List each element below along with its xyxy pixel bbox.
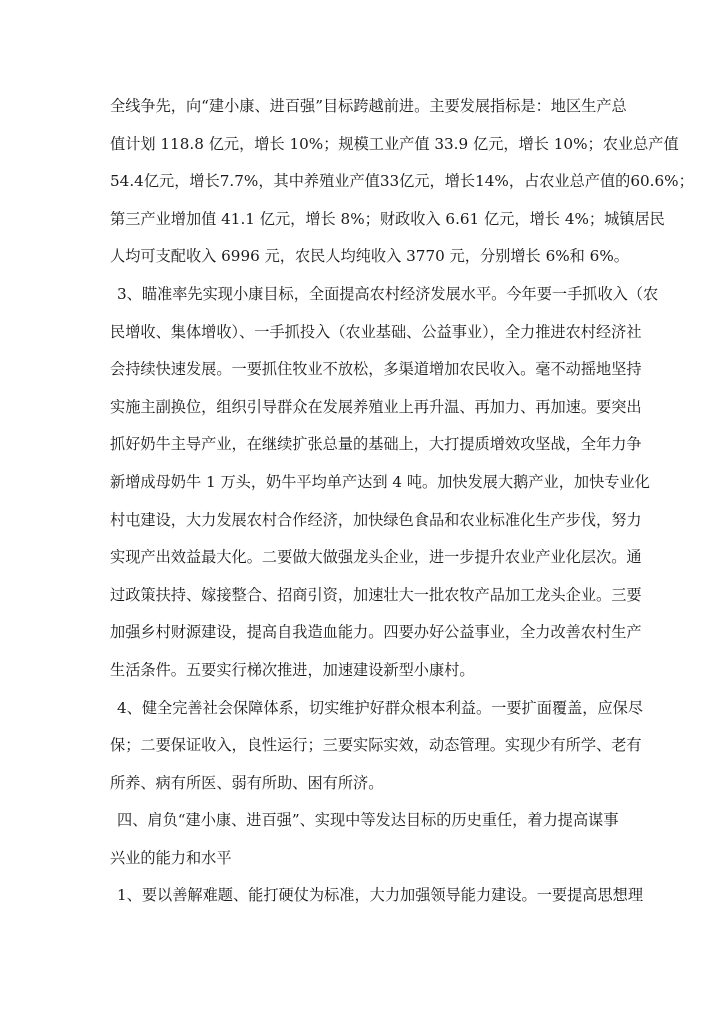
text-line: 实现产出效益最大化。二要做大做强龙头企业，进一步提升农业产业化层次。通 xyxy=(110,539,613,577)
text-line: 村屯建设，大力发展农村合作经济，加快绿色食品和农业标准化生产步伐，努力 xyxy=(110,502,613,540)
section-heading-4: 4、健全完善社会保障体系，切实维护好群众根本利益。一要扩面覆盖，应保尽 xyxy=(110,690,613,728)
text-line: 54.4亿元，增长7.7%，其中养殖业产值33亿元，增长14%，占农业总产值的6… xyxy=(110,163,613,201)
text-line: 民增收、集体增收）、一手抓投入（农业基础、公益事业），全力推进农村经济社 xyxy=(110,314,613,352)
text-line: 加强乡村财源建设，提高自我造血能力。四要办好公益事业，全力改善农村生产 xyxy=(110,614,613,652)
text-line: 兴业的能力和水平 xyxy=(110,840,613,878)
text-line: 保；二要保证收入，良性运行；三要实际实效，动态管理。实现少有所学、老有 xyxy=(110,727,613,765)
text-line: 全线争先，向“建小康、进百强”目标跨越前进。主要发展指标是：地区生产总 xyxy=(110,88,613,126)
text-line: 会持续快速发展。一要抓住牧业不放松，多渠道增加农民收入。毫不动摇地坚持 xyxy=(110,351,613,389)
section-heading-3: 3、瞄准率先实现小康目标，全面提高农村经济发展水平。今年要一手抓收入（农 xyxy=(110,276,613,314)
text-line: 实施主副换位，组织引导群众在发展养殖业上再升温、再加力、再加速。要突出 xyxy=(110,389,613,427)
text-line: 生活条件。五要实行梯次推进，加速建设新型小康村。 xyxy=(110,652,613,690)
text-line: 抓好奶牛主导产业，在继续扩张总量的基础上，大打提质增效攻坚战，全年力争 xyxy=(110,426,613,464)
chapter-heading-4: 四、肩负“建小康、进百强”、实现中等发达目标的历史重任，着力提高谋事 xyxy=(110,802,613,840)
text-line: 人均可支配收入 6996 元，农民人均纯收入 3770 元，分别增长 6%和 6… xyxy=(110,238,613,276)
text-line: 新增成母奶牛 1 万头，奶牛平均单产达到 4 吨。加快发展大鹅产业，加快专业化 xyxy=(110,464,613,502)
document-page: 全线争先，向“建小康、进百强”目标跨越前进。主要发展指标是：地区生产总 值计划 … xyxy=(110,88,613,915)
text-line: 所养、病有所医、弱有所助、困有所济。 xyxy=(110,765,613,803)
text-line: 过政策扶持、嫁接整合、招商引资，加速壮大一批农牧产品加工龙头企业。三要 xyxy=(110,577,613,615)
text-line: 值计划 118.8 亿元，增长 10%；规模工业产值 33.9 亿元，增长 10… xyxy=(110,126,613,164)
text-line: 第三产业增加值 41.1 亿元，增长 8%；财政收入 6.61 亿元，增长 4%… xyxy=(110,201,613,239)
section-heading-1: 1、要以善解难题、能打硬仗为标准，大力加强领导能力建设。一要提高思想理 xyxy=(110,877,613,915)
